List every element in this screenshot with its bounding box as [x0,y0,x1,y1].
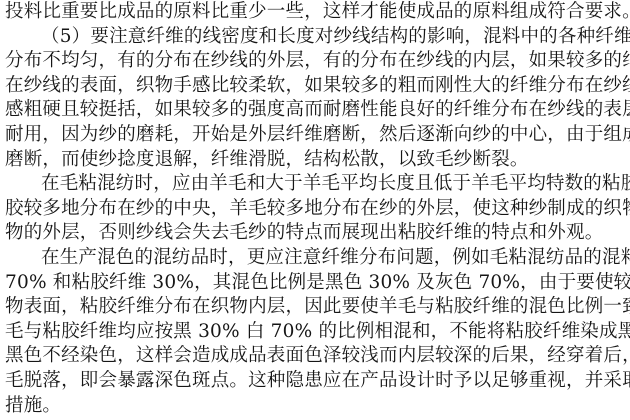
text-line: 70% 和粘胶纤维 30%，其混色比例是黑色 30% 及灰色 70%，由于要使较… [5,271,627,296]
paragraph-continuation: 投料比重要比成品的原料比重少一些，这样才能使成品的原料组成符合要求。 [5,0,627,25]
paragraph-item-5-fiber-distribution: （5）要注意纤维的线密度和长度对纱线结构的影响，混料中的各种纤维，在成纱断面内的… [5,25,627,173]
paragraph-wool-viscose-blending: 在毛粘混纺时，应由羊毛和大于羊毛平均长度且低于羊毛平均特数的粘胶纤维混纺，使粘 … [5,172,627,246]
text-line: （5）要注意纤维的线密度和长度对纱线结构的影响，混料中的各种纤维，在成纱断面内的 [5,25,627,50]
text-line: 在生产混色的混纺品时，更应注意纤维分布问题，例如毛粘混纺品的混料成分是羊毛 [5,246,627,271]
text-line: 毛脱落，即会暴露深色斑点。这种隐患应在产品设计时予以足够重视，并采取必要的预防 [5,369,627,394]
document-page: 投料比重要比成品的原料比重少一些，这样才能使成品的原料组成符合要求。 （5）要注… [5,0,627,418]
text-line: 在毛粘混纺时，应由羊毛和大于羊毛平均长度且低于羊毛平均特数的粘胶纤维混纺，使粘 [5,172,627,197]
text-line: 黑色不经染色，这样会造成成品表面色泽较浅而内层较深的后果，经穿着后，一旦外层羊 [5,344,627,369]
text-line: 耐用，因为纱的磨耗，开始是外层纤维磨断，然后逐渐向纱的中心，由于组成纱的外层纤维… [5,123,627,148]
text-line: 物表面，粘胶纤维分布在织物内层，因此要使羊毛与粘胶纤维的混色比例一致，也就是羊 [5,295,627,320]
text-line: 感粗硬且较挺括，如果较多的强度高而耐磨性能良好的纤维分布在纱线的表层，则织物就耐… [5,98,627,123]
text-line: 分布不均匀，有的分布在纱线的外层，有的分布在纱线的内层，如果较多的细而柔软的纤维… [5,49,627,74]
text-line: 措施。 [5,394,627,419]
paragraph-color-blend-production: 在生产混色的混纺品时，更应注意纤维分布问题，例如毛粘混纺品的混料成分是羊毛 70… [5,246,627,418]
text-line: 物的外层，否则纱线会失去毛纱的特点而展现出粘胶纤维的特点和外观。 [5,221,627,246]
text-line: 胶较多地分布在纱的中央，羊毛较多地分布在纱的外层，使这种纱制成的织物具有毛纱和毛… [5,197,627,222]
text-line: 磨断，而使纱捻度退解，纤维滑脱，结构松散，以致毛纱断裂。 [5,148,627,173]
text-line: 毛与粘胶纤维均应按黑 30% 白 70% 的比例相混和，不能将粘胶纤维染成黑色，… [5,320,627,345]
text-line: 在纱线的表面，织物手感比较柔软，如果较多的粗而刚性大的纤维分布在纱线的表层，则织… [5,74,627,99]
text-line: 投料比重要比成品的原料比重少一些，这样才能使成品的原料组成符合要求。 [5,0,627,25]
